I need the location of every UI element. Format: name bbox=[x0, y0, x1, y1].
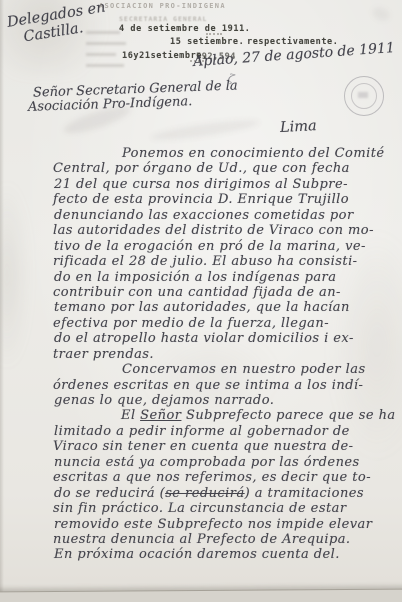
body-line: nuncia está ya comprobada por las órdene… bbox=[54, 455, 398, 470]
paper-bottom-edge bbox=[0, 589, 402, 602]
body-line: denunciando las exacciones cometidas por bbox=[54, 208, 398, 223]
body-line-segment: órdenes escritas en que se intima a los … bbox=[53, 378, 363, 393]
body-line-segment: do se reducirá ( bbox=[54, 486, 165, 501]
body-line: fecto de esta provincia D. Enrique Truji… bbox=[53, 192, 397, 207]
letterhead-department: SECRETARIA GENERAL bbox=[119, 15, 207, 23]
body-line-segment: ) a tramitaciones bbox=[245, 486, 364, 501]
body-line: do se reducirá (se reducirá) a tramitaci… bbox=[54, 486, 398, 501]
paper-edge-shadow bbox=[0, 0, 4, 602]
body-line-segment: Ponemos en conocimiento del Comité bbox=[122, 146, 385, 161]
body-line-segment: sin fin práctico. La circunstancia de es… bbox=[53, 501, 347, 516]
body-line-segment: fecto de esta provincia D. Enrique Truji… bbox=[53, 192, 349, 207]
body-line: do el atropello hasta violar domicilios … bbox=[54, 331, 398, 346]
body-line-segment: En próxima ocación daremos cuenta del. bbox=[54, 547, 340, 562]
letterhead-organization: ASOCIACION PRO-INDIGENA bbox=[99, 2, 226, 10]
body-line-segment: Viraco sin tener en cuenta que nuestra d… bbox=[53, 439, 353, 454]
body-line: removido este Subprefecto nos impide ele… bbox=[54, 517, 398, 532]
body-line-segment: El bbox=[121, 408, 140, 423]
body-line-segment: Subprefecto parece que se ha bbox=[181, 408, 395, 423]
letter-body: Ponemos en conocimiento del ComitéCentra… bbox=[54, 146, 398, 563]
body-line-segment: Central, por órgano de Ud., que con fech… bbox=[53, 161, 350, 176]
body-line: tivo de la erogación en pró de la marina… bbox=[54, 239, 398, 254]
body-line-segment: traer prendas. bbox=[53, 347, 154, 362]
body-line: rificada el 28 de julio. El abuso ha con… bbox=[53, 254, 397, 269]
body-line-segment: 21 del que cursa nos dirigimos al Subpre… bbox=[54, 177, 348, 192]
body-line-segment: tivo de la erogación en pró de la marina… bbox=[54, 239, 366, 254]
body-line-segment: do el atropello hasta violar domicilios … bbox=[54, 331, 354, 346]
body-line: Ponemos en conocimiento del Comité bbox=[54, 146, 398, 161]
scanned-letter-page: Delegados en Castilla. ASOCIACION PRO-IN… bbox=[0, 0, 402, 602]
body-line-segment: Concervamos en nuestro poder las bbox=[122, 362, 366, 377]
body-line-segment: nuncia está ya comprobada por las órdene… bbox=[54, 455, 360, 470]
typed-reply-date: 15 setiembre. bbox=[170, 37, 244, 47]
body-line: escritas a que nos referimos, es decir q… bbox=[53, 470, 397, 485]
body-line-segment-strike: se reducirá bbox=[165, 486, 244, 501]
body-line-segment: las autoridades del distrito de Viraco c… bbox=[53, 223, 374, 238]
body-line: Central, por órgano de Ud., que con fech… bbox=[53, 161, 397, 176]
recipient-city: Lima bbox=[280, 118, 317, 136]
body-line: traer prendas. bbox=[53, 347, 397, 362]
body-line: Concervamos en nuestro poder las bbox=[54, 362, 398, 377]
body-line: efectiva por medio de la fuerza, llegan- bbox=[53, 316, 397, 331]
archive-stamp-icon bbox=[344, 76, 384, 116]
body-line-segment: nuestra denuncia al Prefecto de Arequipa… bbox=[53, 532, 351, 547]
body-line: Viraco sin tener en cuenta que nuestra d… bbox=[53, 439, 397, 454]
form-field-ghost-line bbox=[86, 31, 120, 34]
body-line: temano por las autoridades, que la hacía… bbox=[54, 300, 398, 315]
body-line-segment: removido este Subprefecto nos impide ele… bbox=[54, 517, 372, 532]
body-line-segment: rificada el 28 de julio. El abuso ha con… bbox=[53, 254, 358, 269]
body-line-segment: do en la imposición a los indígenas para bbox=[54, 270, 336, 285]
body-line: En próxima ocación daremos cuenta del. bbox=[54, 547, 398, 562]
body-line: nuestra denuncia al Prefecto de Arequipa… bbox=[53, 532, 397, 547]
body-line: las autoridades del distrito de Viraco c… bbox=[53, 223, 397, 238]
body-line: 21 del que cursa nos dirigimos al Subpre… bbox=[54, 177, 398, 192]
body-line: contribuir con una cantidad fijada de an… bbox=[53, 285, 397, 300]
form-field-ghost-line bbox=[86, 53, 116, 56]
pencil-smudge bbox=[370, 5, 391, 22]
body-line: órdenes escritas en que se intima a los … bbox=[53, 378, 397, 393]
body-line: El Señor Subprefecto parece que se ha bbox=[53, 408, 397, 423]
body-line-segment: efectiva por medio de la fuerza, llegan- bbox=[53, 316, 329, 331]
body-line-segment-u: Señor bbox=[140, 408, 181, 423]
typed-receipt-date: 4 de setiembre de 1911. bbox=[119, 24, 251, 34]
body-line-segment: escritas a que nos referimos, es decir q… bbox=[53, 470, 371, 485]
ink-bleed-smudge bbox=[150, 116, 261, 143]
body-line: limitado a pedir informe al gobernador d… bbox=[54, 424, 398, 439]
dotted-leader bbox=[206, 32, 222, 35]
body-line: genas lo que, dejamos narrado. bbox=[54, 393, 398, 408]
body-line-segment: contribuir con una cantidad fijada de an… bbox=[53, 285, 341, 300]
body-line: sin fin práctico. La circunstancia de es… bbox=[53, 501, 397, 516]
body-line-segment: denunciando las exacciones cometidas por bbox=[54, 208, 354, 223]
body-line-segment: limitado a pedir informe al gobernador d… bbox=[54, 424, 350, 439]
body-line-segment: genas lo que, dejamos narrado. bbox=[54, 393, 274, 408]
paper-stain bbox=[0, 180, 28, 370]
archive-stamp-center-mark bbox=[358, 92, 368, 98]
form-field-ghost-line bbox=[86, 42, 126, 45]
body-line: do en la imposición a los indígenas para bbox=[54, 270, 398, 285]
form-field-ghost-line bbox=[86, 64, 124, 67]
body-line-segment: temano por las autoridades, que la hacía… bbox=[54, 300, 350, 315]
